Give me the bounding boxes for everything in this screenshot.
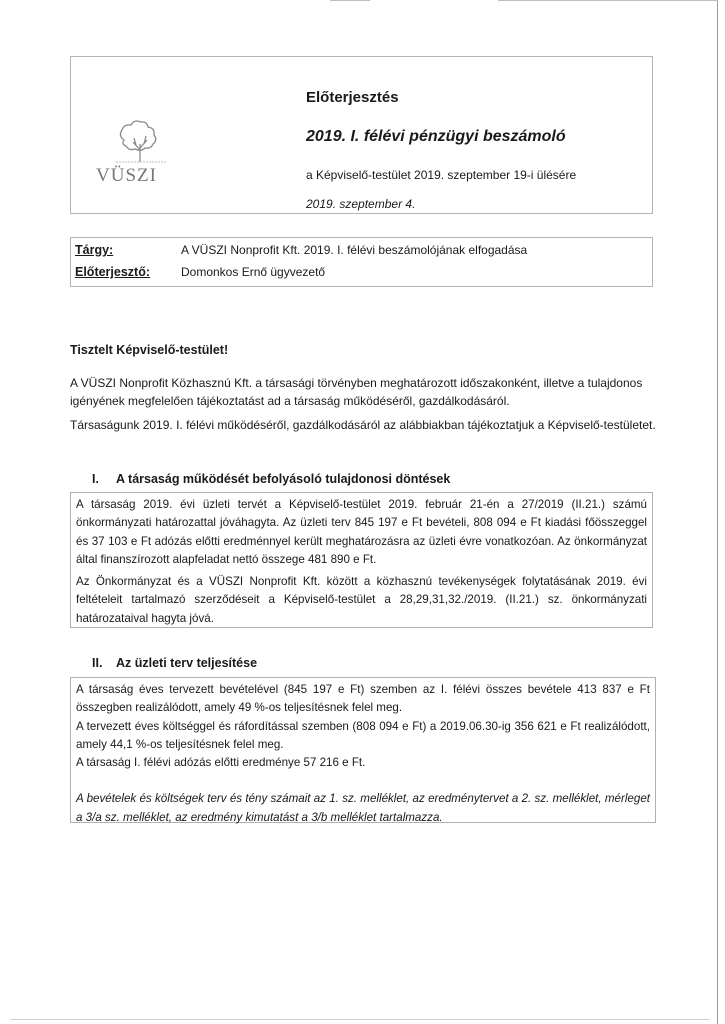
presenter-value: Domonkos Ernő ügyvezető: [181, 265, 325, 279]
intro-paragraph-2: Társaságunk 2019. I. félévi működéséről,…: [70, 416, 660, 434]
meeting-line: a Képviselő-testület 2019. szeptember 19…: [306, 168, 576, 182]
section-1-title: A társaság működését befolyásoló tulajdo…: [116, 472, 450, 486]
document-subtitle: 2019. I. félévi pénzügyi beszámoló: [306, 128, 566, 146]
presenter-label: Előterjesztő:: [75, 265, 150, 279]
section-1-paragraph: Az Önkormányzat és a VÜSZI Nonprofit Kft…: [76, 573, 647, 628]
document-type-title: Előterjesztés: [306, 89, 399, 106]
section-2-number: II.: [92, 656, 116, 670]
document-date: 2019. szeptember 4.: [306, 197, 415, 211]
intro-paragraph-1: A VÜSZI Nonprofit Közhasznú Kft. a társa…: [70, 374, 660, 410]
subject-label: Tárgy:: [75, 243, 113, 257]
section-1-box: A társaság 2019. évi üzleti tervét a Kép…: [70, 492, 653, 628]
section-2-paragraph: A társaság I. félévi adózás előtti eredm…: [76, 754, 650, 772]
scan-artifact: [10, 1019, 710, 1020]
section-2-title: Az üzleti terv teljesítése: [116, 656, 257, 670]
scan-artifact: [498, 0, 718, 1]
logo-text: VÜSZI: [96, 165, 157, 187]
section-2-box: A társaság éves tervezett bevételével (8…: [70, 677, 656, 823]
section-2-paragraph: A tervezett éves költséggel és ráfordítá…: [76, 718, 650, 755]
scan-artifact: [330, 0, 370, 1]
section-1-heading: I.A társaság működését befolyásoló tulaj…: [92, 472, 450, 486]
section-2-paragraph: A társaság éves tervezett bevételével (8…: [76, 681, 650, 718]
page-edge-line: [717, 0, 718, 1024]
subject-value: A VÜSZI Nonprofit Kft. 2019. I. félévi b…: [181, 243, 527, 257]
section-1-paragraph: A társaság 2019. évi üzleti tervét a Kép…: [76, 496, 647, 569]
section-1-number: I.: [92, 472, 116, 486]
salutation: Tisztelt Képviselő-testület!: [70, 343, 228, 357]
section-2-attachment-note: A bevételek és költségek terv és tény sz…: [76, 790, 650, 827]
section-2-heading: II.Az üzleti terv teljesítése: [92, 656, 257, 670]
